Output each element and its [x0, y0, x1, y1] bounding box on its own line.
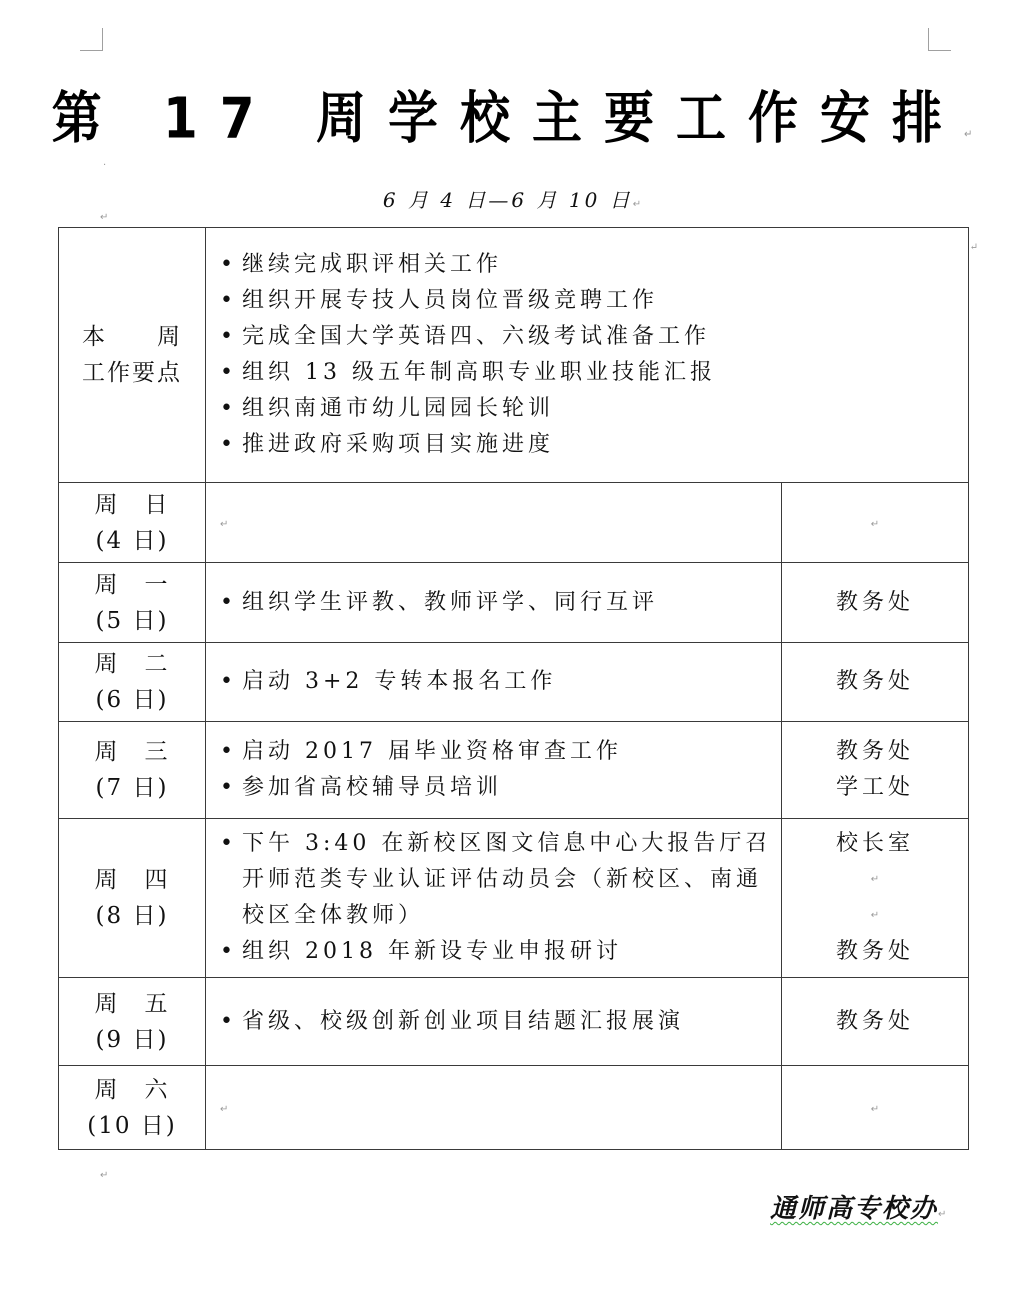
table-row-wednesday: 周 三 (7 日) 启动 2017 届毕业资格审查工作 参加省高校辅导员培训 教…: [59, 722, 969, 819]
list-item: 组织 13 级五年制高职专业职业技能汇报: [220, 355, 968, 391]
list-item: 推进政府采购项目实施进度: [220, 427, 968, 463]
day-date: (5 日): [59, 603, 205, 639]
paragraph-mark-icon: ↵: [782, 862, 968, 898]
day-name: 周 六: [59, 1072, 205, 1108]
highlights-label-cell: 本 周 工作要点: [59, 228, 206, 483]
table-row-monday: 周 一 (5 日) 组织学生评教、教师评学、同行互评 教务处: [59, 563, 969, 643]
day-name: 周 二: [59, 646, 205, 682]
paragraph-mark-icon: ↵: [871, 1104, 879, 1115]
day-name: 周 三: [59, 734, 205, 770]
list-item: 组织学生评教、教师评学、同行互评: [220, 585, 781, 621]
dept-label: 教务处: [836, 1009, 914, 1034]
table-row-highlights: 本 周 工作要点 继续完成职评相关工作 组织开展专技人员岗位晋级竞聘工作 完成全…: [59, 228, 969, 483]
task-cell: ↵: [206, 483, 782, 563]
list-item: 完成全国大学英语四、六级考试准备工作: [220, 319, 968, 355]
date-range: 6 月 4 日—6 月 10 日↵: [0, 184, 1024, 213]
day-name: 周 一: [59, 567, 205, 603]
paragraph-mark-icon: ↵: [220, 519, 228, 530]
day-date: (7 日): [59, 770, 205, 806]
paragraph-mark-icon: ↵: [100, 212, 108, 223]
list-item: 组织南通市幼儿园园长轮训: [220, 391, 968, 427]
table-row-sunday: 周 日 (4 日) ↵ ↵: [59, 483, 969, 563]
task-cell: 启动 2017 届毕业资格审查工作 参加省高校辅导员培训: [206, 722, 782, 819]
dept-cell: 教务处: [782, 563, 969, 643]
paragraph-mark-icon: ↵: [871, 519, 879, 530]
day-cell: 周 五 (9 日): [59, 978, 206, 1066]
day-date: (6 日): [59, 682, 205, 718]
list-item: 省级、校级创新创业项目结题汇报展演: [220, 1004, 781, 1040]
list-item: 启动 3+2 专转本报名工作: [220, 664, 781, 700]
paragraph-mark-icon: ↵: [100, 1170, 108, 1181]
paragraph-mark-icon: ↵: [964, 129, 972, 141]
dept-label: 学工处: [782, 770, 968, 806]
page-corner-mark-top-left: [80, 28, 103, 51]
day-date: (4 日): [59, 523, 205, 559]
highlights-items-cell: 继续完成职评相关工作 组织开展专技人员岗位晋级竞聘工作 完成全国大学英语四、六级…: [206, 228, 969, 483]
day-date: (9 日): [59, 1022, 205, 1058]
dept-label: 校长室: [782, 826, 968, 862]
highlights-label-line1: 本 周: [59, 319, 205, 355]
list-item: 组织 2018 年新设专业申报研讨: [220, 934, 775, 970]
dept-label: 教务处: [782, 934, 968, 970]
dept-cell: ↵: [782, 483, 969, 563]
row-end-mark-icon: ↵: [970, 230, 982, 266]
highlights-list: 继续完成职评相关工作 组织开展专技人员岗位晋级竞聘工作 完成全国大学英语四、六级…: [220, 247, 968, 463]
dept-label: 教务处: [782, 734, 968, 770]
day-name: 周 五: [59, 986, 205, 1022]
signature: 通师高专校办↵: [770, 1188, 946, 1225]
list-item: 启动 2017 届毕业资格审查工作: [220, 734, 781, 770]
page-corner-mark-top-right: [928, 28, 951, 51]
list-item: 组织开展专技人员岗位晋级竞聘工作: [220, 283, 968, 319]
day-cell: 周 二 (6 日): [59, 643, 206, 722]
list-item: 参加省高校辅导员培训: [220, 770, 781, 806]
dept-cell: 校长室 ↵ ↵ 教务处: [782, 819, 969, 978]
day-cell: 周 日 (4 日): [59, 483, 206, 563]
day-name: 周 四: [59, 862, 205, 898]
task-cell: 下午 3:40 在新校区图文信息中心大报告厅召开师范类专业认证评估动员会（新校区…: [206, 819, 782, 978]
table-row-friday: 周 五 (9 日) 省级、校级创新创业项目结题汇报展演 教务处: [59, 978, 969, 1066]
day-date: (8 日): [59, 898, 205, 934]
day-cell: 周 四 (8 日): [59, 819, 206, 978]
dept-cell: 教务处 学工处: [782, 722, 969, 819]
day-cell: 周 六 (10 日): [59, 1066, 206, 1150]
table-row-tuesday: 周 二 (6 日) 启动 3+2 专转本报名工作 教务处: [59, 643, 969, 722]
dept-cell: 教务处: [782, 978, 969, 1066]
dept-label: 教务处: [836, 590, 914, 615]
paragraph-mark-icon: ·: [103, 160, 106, 171]
day-date: (10 日): [59, 1108, 205, 1144]
table-row-saturday: 周 六 (10 日) ↵ ↵: [59, 1066, 969, 1150]
dept-label: 教务处: [836, 669, 914, 694]
document-title: 第 17 周学校主要工作安排↵: [0, 74, 1024, 155]
task-cell: ↵: [206, 1066, 782, 1150]
task-cell: 省级、校级创新创业项目结题汇报展演: [206, 978, 782, 1066]
day-cell: 周 一 (5 日): [59, 563, 206, 643]
list-item: 继续完成职评相关工作: [220, 247, 968, 283]
table-row-thursday: 周 四 (8 日) 下午 3:40 在新校区图文信息中心大报告厅召开师范类专业认…: [59, 819, 969, 978]
highlights-label-line2: 工作要点: [59, 355, 205, 391]
dept-cell: ↵: [782, 1066, 969, 1150]
paragraph-mark-icon: ↵: [220, 1104, 228, 1115]
paragraph-mark-icon: ↵: [633, 199, 641, 210]
task-cell: 组织学生评教、教师评学、同行互评: [206, 563, 782, 643]
day-cell: 周 三 (7 日): [59, 722, 206, 819]
paragraph-mark-icon: ↵: [782, 898, 968, 934]
list-item: 下午 3:40 在新校区图文信息中心大报告厅召开师范类专业认证评估动员会（新校区…: [220, 826, 775, 934]
day-name: 周 日: [59, 487, 205, 523]
task-cell: 启动 3+2 专转本报名工作: [206, 643, 782, 722]
paragraph-mark-icon: ↵: [938, 1209, 946, 1220]
dept-cell: 教务处: [782, 643, 969, 722]
schedule-table: 本 周 工作要点 继续完成职评相关工作 组织开展专技人员岗位晋级竞聘工作 完成全…: [58, 227, 969, 1150]
